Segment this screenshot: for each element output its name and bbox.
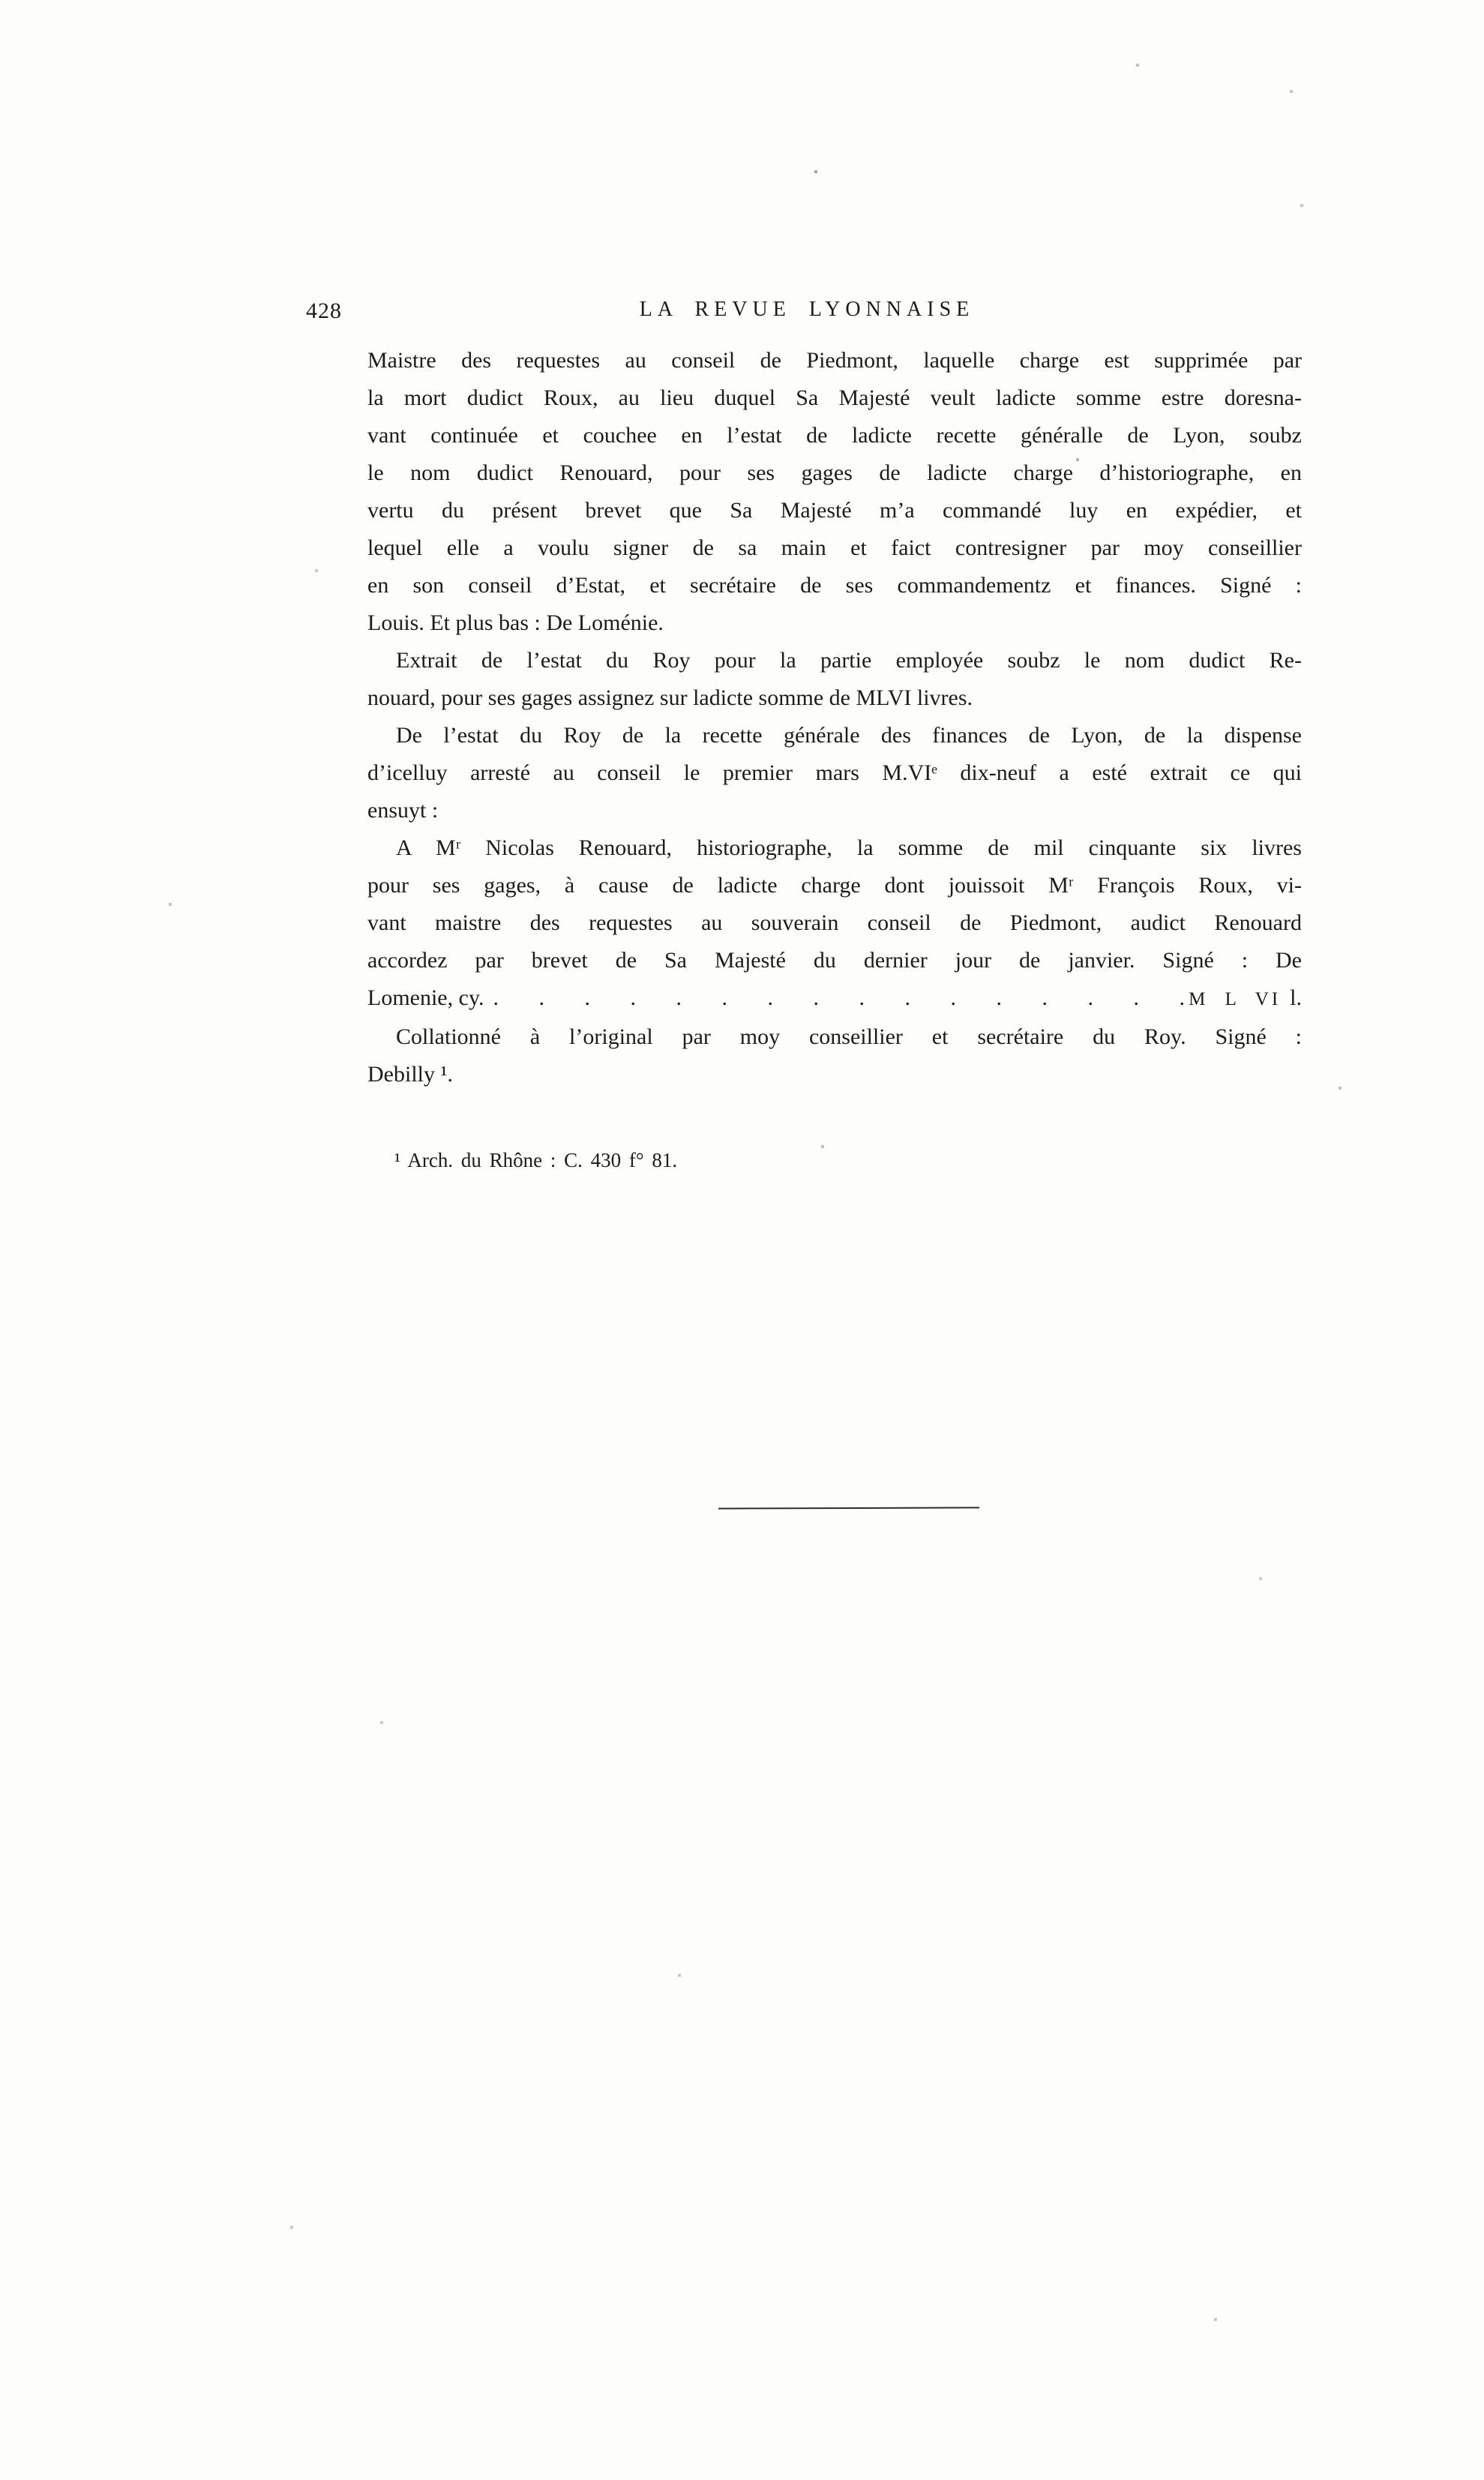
amount-unit: l. [1290, 979, 1302, 1017]
text-line: Extrait de l’estat du Roy pour la partie… [367, 642, 1302, 679]
footnote: ¹ Arch. du Rhône : C. 430 f° 81. [367, 1149, 1302, 1172]
page-number: 428 [306, 298, 342, 324]
paragraph: Maistre des requestes au conseil de Pied… [367, 342, 1302, 642]
scan-noise-speckles [0, 0, 1, 1]
paragraph: A Mʳ Nicolas Renouard, historiographe, l… [367, 829, 1302, 1018]
footnote-text: ¹ Arch. du Rhône : C. 430 f° 81. [394, 1149, 677, 1171]
amount-label: Lomenie, cy. [367, 979, 484, 1017]
text-line: la mort dudict Roux, au lieu duquel Sa M… [367, 379, 1302, 417]
scanned-book-page: 428 LA REVUE LYONNAISE Maistre des reque… [0, 0, 1484, 2480]
text-line: Maistre des requestes au conseil de Pied… [367, 342, 1302, 379]
amount-line: Lomenie, cy.. . . . . . . . . . . . . . … [367, 979, 1302, 1018]
text-line: De l’estat du Roy de la recette générale… [367, 717, 1302, 754]
amount-value: M L VI [1189, 981, 1290, 1018]
text-line: nouard, pour ses gages assignez sur ladi… [367, 679, 1302, 717]
text-line: lequel elle a voulu signer de sa main et… [367, 529, 1302, 567]
text-line: Collationné à l’original par moy conseil… [367, 1018, 1302, 1056]
text-line: ensuyt : [367, 792, 1302, 829]
text-line: vant maistre des requestes au souverain … [367, 904, 1302, 942]
paragraph: Collationné à l’original par moy conseil… [367, 1018, 1302, 1093]
text-line: d’icelluy arresté au conseil le premier … [367, 754, 1302, 792]
text-line: en son conseil d’Estat, et secrétaire de… [367, 567, 1302, 604]
text-line: Louis. Et plus bas : De Loménie. [367, 604, 1302, 642]
paragraph: Extrait de l’estat du Roy pour la partie… [367, 642, 1302, 717]
text-line: A Mʳ Nicolas Renouard, historiographe, l… [367, 829, 1302, 867]
text-line: accordez par brevet de Sa Majesté du der… [367, 942, 1302, 979]
text-block: Maistre des requestes au conseil de Pied… [367, 342, 1302, 1093]
running-title: LA REVUE LYONNAISE [640, 298, 975, 322]
section-divider-rule [718, 1507, 979, 1509]
paragraph: De l’estat du Roy de la recette générale… [367, 717, 1302, 829]
text-line: Debilly ¹. [367, 1056, 1302, 1093]
text-line: vant continuée et couchee en l’estat de … [367, 417, 1302, 454]
dot-leader: . . . . . . . . . . . . . . . . . . . [484, 979, 1189, 1017]
text-line: pour ses gages, à cause de ladicte charg… [367, 867, 1302, 904]
text-line: vertu du présent brevet que Sa Majesté m… [367, 492, 1302, 529]
text-line: le nom dudict Renouard, pour ses gages d… [367, 454, 1302, 492]
